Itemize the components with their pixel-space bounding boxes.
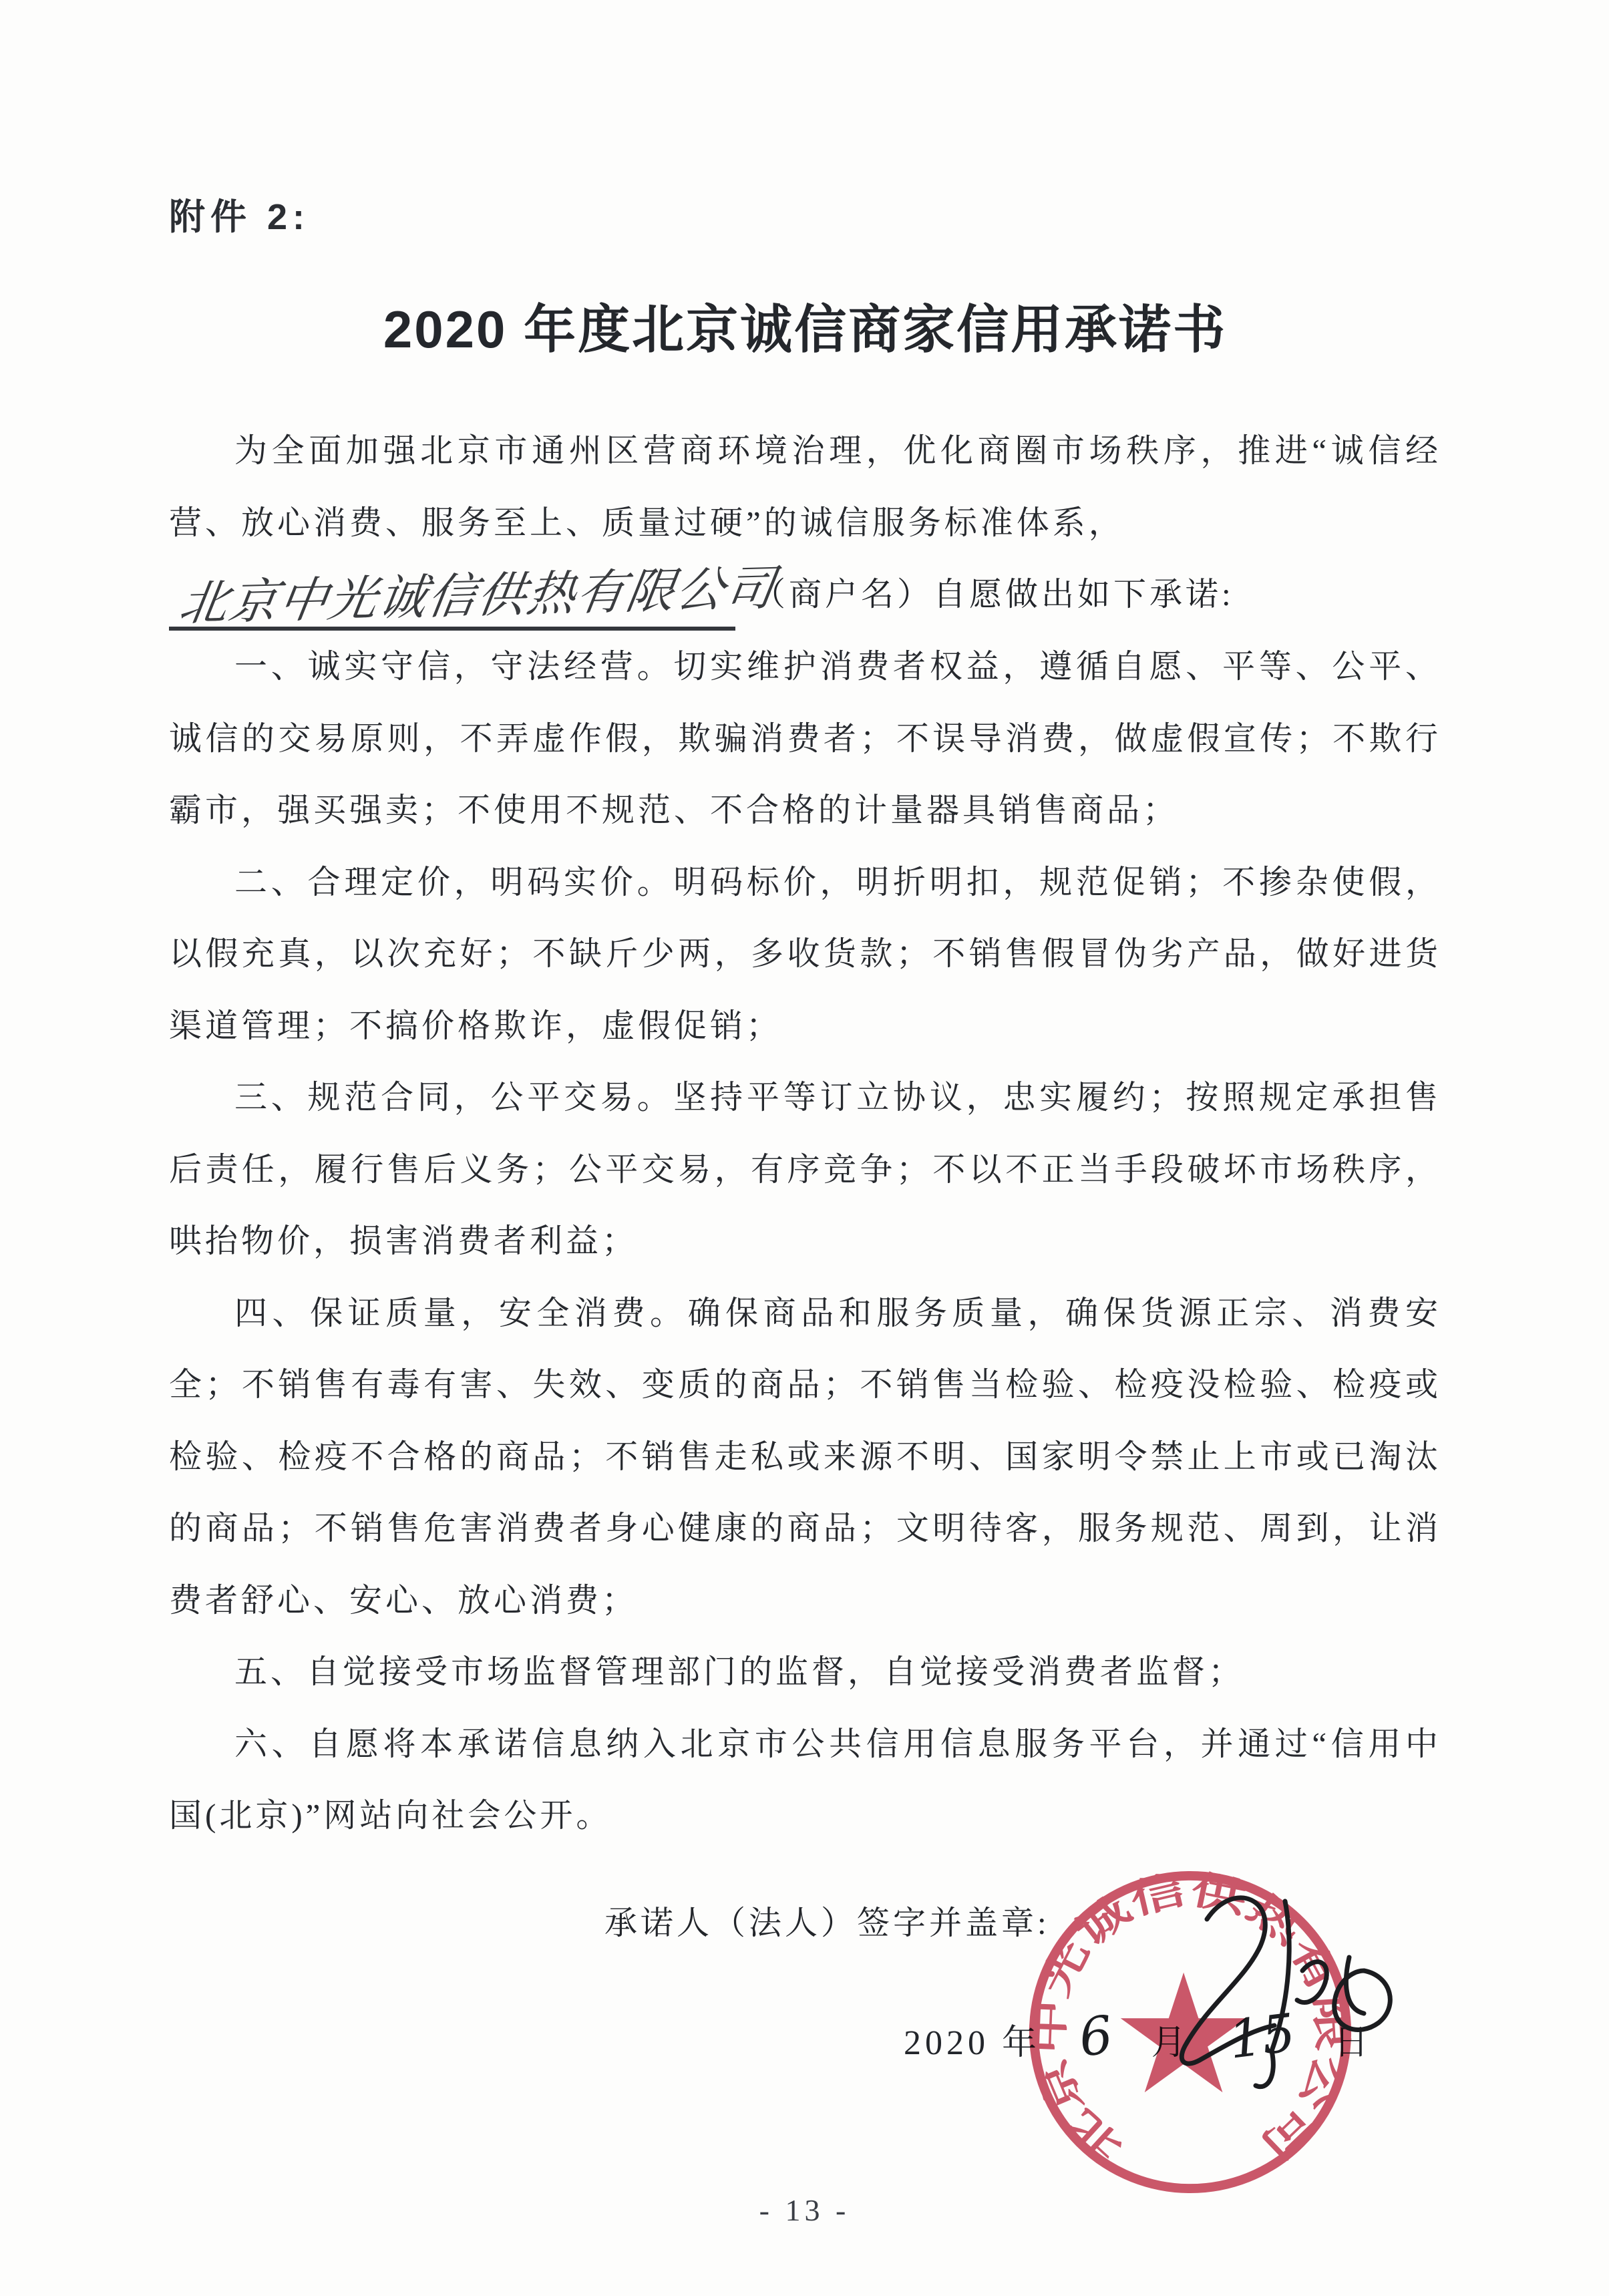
handwritten-merchant-name: 北京中光诚信供热有限公司 xyxy=(174,552,781,640)
commitment-2: 二、合理定价，明码实价。明码标价，明折明扣，规范促销；不掺杂使假，以假充真，以次… xyxy=(169,846,1441,1062)
document-title: 2020 年度北京诚信商家信用承诺书 xyxy=(169,288,1441,363)
signature-line: 承诺人（法人）签字并盖章: xyxy=(169,1887,1441,1960)
intro-paragraph: 为全面加强北京市通州区营商环境治理，优化商圈市场秩序，推进“诚信经营、放心消费、… xyxy=(169,415,1441,558)
page-number: - 13 - xyxy=(0,2192,1609,2228)
document-body: 附件 2: 2020 年度北京诚信商家信用承诺书 为全面加强北京市通州区营商环境… xyxy=(169,188,1441,2080)
month-label: 月 xyxy=(1151,2007,1190,2080)
commitment-4: 四、保证质量，安全消费。确保商品和服务质量，确保货源正宗、消费安全；不销售有毒有… xyxy=(169,1277,1441,1637)
commitment-3: 三、规范合同，公平交易。坚持平等订立协议，忠实履约；按照规定承担售后责任，履行售… xyxy=(169,1061,1441,1277)
date-line: 2020 年 6 月 15 日 xyxy=(169,2000,1441,2080)
commitment-1: 一、诚实守信，守法经营。切实维护消费者权益，遵循自愿、平等、公平、诚信的交易原则… xyxy=(169,631,1441,846)
date-year: 2020 年 xyxy=(904,2007,1041,2080)
signature-label: 承诺人（法人）签字并盖章: xyxy=(604,1905,1050,1941)
handwritten-day: 15 xyxy=(1224,1996,1299,2077)
commitment-6: 六、自愿将本承诺信息纳入北京市公共信用信息服务平台，并通过“信用中国(北京)”网… xyxy=(169,1708,1441,1852)
scanned-document-page: 附件 2: 2020 年度北京诚信商家信用承诺书 为全面加强北京市通州区营商环境… xyxy=(0,0,1609,2296)
day-label: 日 xyxy=(1334,2007,1373,2080)
attachment-label: 附件 2: xyxy=(169,188,1441,240)
merchant-name-suffix: （商户名）自愿做出如下承诺: xyxy=(735,576,1234,613)
merchant-name-blank: 北京中光诚信供热有限公司 xyxy=(169,562,735,631)
commitment-5: 五、自觉接受市场监督管理部门的监督，自觉接受消费者监督； xyxy=(169,1636,1441,1708)
handwritten-month: 6 xyxy=(1075,1998,1117,2075)
merchant-name-line: 北京中光诚信供热有限公司 （商户名）自愿做出如下承诺: xyxy=(169,558,1441,631)
